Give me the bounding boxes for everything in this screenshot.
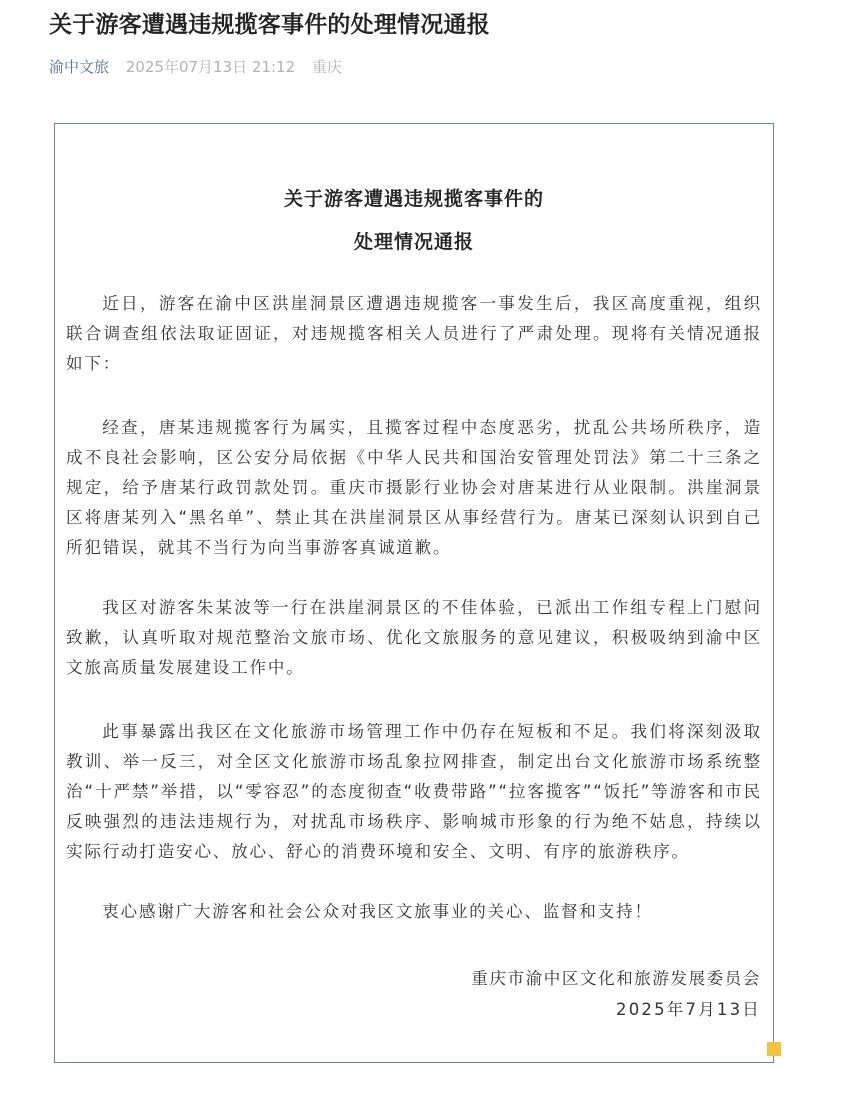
notice-paragraph: 此事暴露出我区在文化旅游市场管理工作中仍存在短板和不足。我们将深刻汲取教训、举一… [66,717,762,867]
notice-heading-line1: 关于游客遭遇违规揽客事件的 [55,187,773,211]
notice-image-frame: 关于游客遭遇违规揽客事件的 处理情况通报 近日，游客在渝中区洪崖洞景区遭遇违规揽… [54,123,774,1063]
publish-datetime: 2025年07月13日 21:12 [126,58,295,76]
article-meta: 渝中文旅 2025年07月13日 21:12 重庆 [49,56,342,78]
author-link[interactable]: 渝中文旅 [49,58,109,76]
corner-marker-icon [767,1042,781,1056]
notice-paragraph: 近日，游客在渝中区洪崖洞景区遭遇违规揽客一事发生后，我区高度重视，组织联合调查组… [66,289,762,379]
notice-heading-line2: 处理情况通报 [55,230,773,254]
signature-date: 2025年7月13日 [616,995,761,1025]
signature-organization: 重庆市渝中区文化和旅游发展委员会 [471,964,761,994]
notice-paragraph: 我区对游客朱某波等一行在洪崖洞景区的不佳体验，已派出工作组专程上门慰问致歉，认真… [66,593,762,683]
notice-paragraph: 经查，唐某违规揽客行为属实，且揽客过程中态度恶劣，扰乱公共场所秩序，造成不良社会… [66,413,762,563]
notice-paragraph: 衷心感谢广大游客和社会公众对我区文旅事业的关心、监督和支持！ [66,897,762,927]
publish-location: 重庆 [312,58,342,76]
article-title: 关于游客遭遇违规揽客事件的处理情况通报 [49,10,490,40]
